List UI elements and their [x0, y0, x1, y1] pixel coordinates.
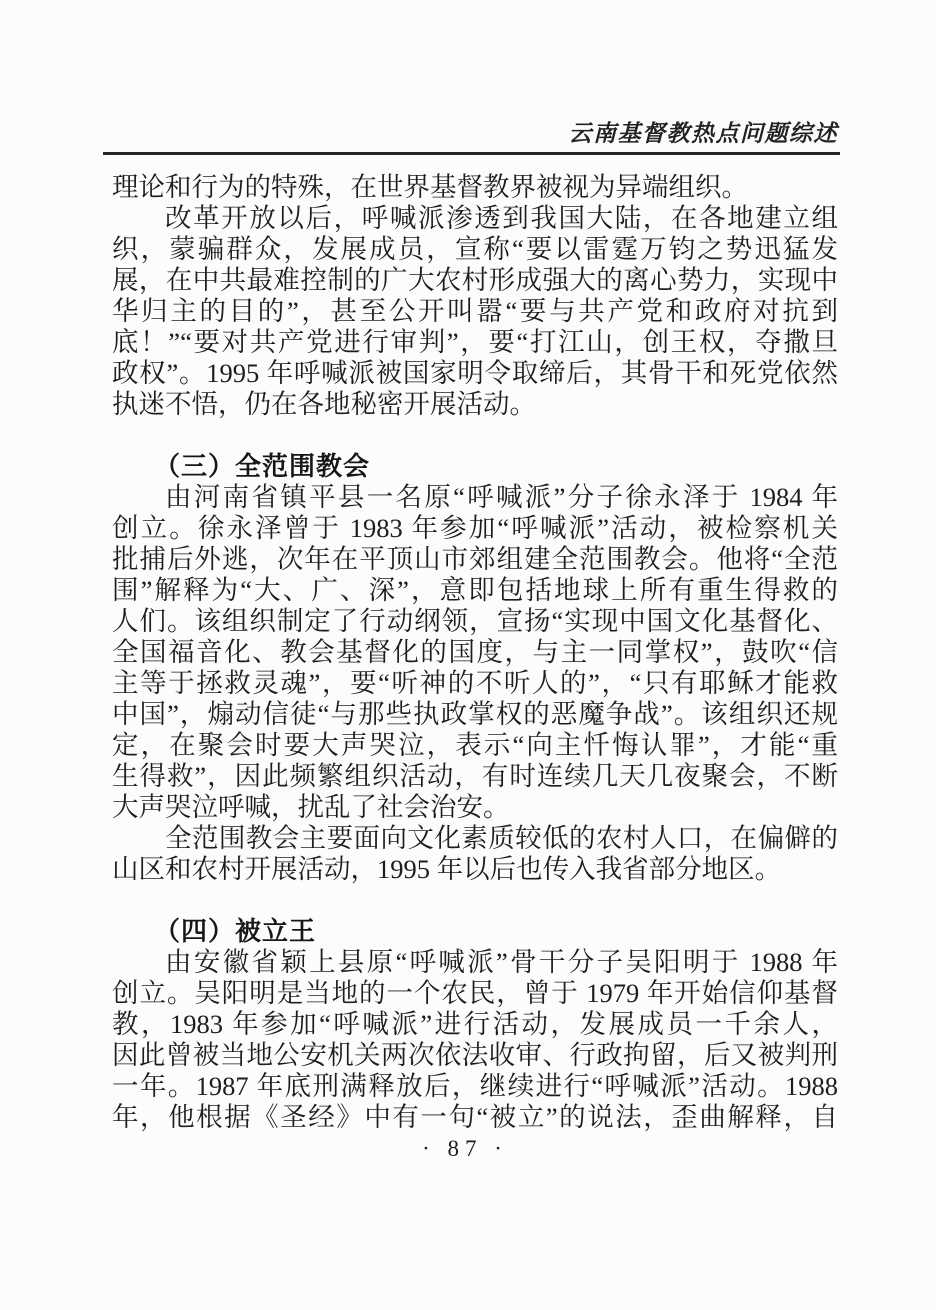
text-line: 主等于拯救灵魂”，要“听神的不听人的”，“只有耶稣才能救 [112, 668, 838, 699]
text-line: 中国”，煽动信徒“与那些执政掌权的恶魔争战”。该组织还规 [112, 699, 838, 730]
text-line: 底！”“要对共产党进行审判”，要“打江山，创王权，夺撒旦 [112, 327, 838, 358]
text-line: 创立。徐永泽曾于 1983 年参加“呼喊派”活动，被检察机关 [112, 513, 838, 544]
paragraph: 改革开放以后，呼喊派渗透到我国大陆，在各地建立组织，蒙骗群众，发展成员，宣称“要… [112, 203, 838, 420]
text-line: 改革开放以后，呼喊派渗透到我国大陆，在各地建立组 [112, 203, 838, 234]
book-page: 云南基督教热点问题综述 理论和行为的特殊，在世界基督教界被视为异端组织。改革开放… [0, 0, 936, 1310]
text-line: 人们。该组织制定了行动纲领，宣扬“实现中国文化基督化、 [112, 606, 838, 637]
text-line: 织，蒙骗群众，发展成员，宣称“要以雷霆万钧之势迅猛发 [112, 234, 838, 265]
text-line: 定，在聚会时要大声哭泣，表示“向主忏悔认罪”，才能“重 [112, 730, 838, 761]
text-line: 围”解释为“大、广、深”，意即包括地球上所有重生得救的 [112, 575, 838, 606]
text-line: 山区和农村开展活动，1995 年以后也传入我省部分地区。 [112, 854, 838, 885]
text-line: 由河南省镇平县一名原“呼喊派”分子徐永泽于 1984 年 [112, 482, 838, 513]
section-heading: （三）全范围教会 [112, 451, 838, 482]
header-rule [103, 152, 840, 155]
paragraph: 由河南省镇平县一名原“呼喊派”分子徐永泽于 1984 年创立。徐永泽曾于 198… [112, 482, 838, 823]
text-line: 教，1983 年参加“呼喊派”进行活动，发展成员一千余人， [112, 1009, 838, 1040]
text-line: 生得救”，因此频繁组织活动，有时连续几天几夜聚会，不断 [112, 761, 838, 792]
text-line: 全国福音化、教会基督化的国度，与主一同掌权”，鼓吹“信 [112, 637, 838, 668]
text-line: 全范围教会主要面向文化素质较低的农村人口，在偏僻的 [112, 823, 838, 854]
text-line: 批捕后外逃，次年在平顶山市郊组建全范围教会。他将“全范 [112, 544, 838, 575]
text-line: 展，在中共最难控制的广大农村形成强大的离心势力，实现中 [112, 265, 838, 296]
paragraph: 全范围教会主要面向文化素质较低的农村人口，在偏僻的山区和农村开展活动，1995 … [112, 823, 838, 885]
page-number: · 87 · [112, 1134, 818, 1164]
text-line: 一年。1987 年底刑满释放后，继续进行“呼喊派”活动。1988 [112, 1071, 838, 1102]
text-line: 由安徽省颖上县原“呼喊派”骨干分子吴阳明于 1988 年 [112, 947, 838, 978]
text-line: 华归主的目的”，甚至公开叫嚣“要与共产党和政府对抗到 [112, 296, 838, 327]
body-text: 理论和行为的特殊，在世界基督教界被视为异端组织。改革开放以后，呼喊派渗透到我国大… [112, 172, 838, 1133]
paragraph: 由安徽省颖上县原“呼喊派”骨干分子吴阳明于 1988 年创立。吴阳明是当地的一个… [112, 947, 838, 1133]
text-line: 因此曾被当地公安机关两次依法收审、行政拘留，后又被判刑 [112, 1040, 838, 1071]
section-heading: （四）被立王 [112, 916, 838, 947]
paragraph: 理论和行为的特殊，在世界基督教界被视为异端组织。 [112, 172, 838, 203]
text-line: 年，他根据《圣经》中有一句“被立”的说法，歪曲解释，自 [112, 1102, 838, 1133]
text-line: 执迷不悟，仍在各地秘密开展活动。 [112, 389, 838, 420]
text-line: 大声哭泣呼喊，扰乱了社会治安。 [112, 792, 838, 823]
text-line: 政权”。1995 年呼喊派被国家明令取缔后，其骨干和死党依然 [112, 358, 838, 389]
text-line: 理论和行为的特殊，在世界基督教界被视为异端组织。 [112, 172, 838, 203]
running-head-title: 云南基督教热点问题综述 [112, 118, 838, 150]
text-line: 创立。吴阳明是当地的一个农民，曾于 1979 年开始信仰基督 [112, 978, 838, 1009]
